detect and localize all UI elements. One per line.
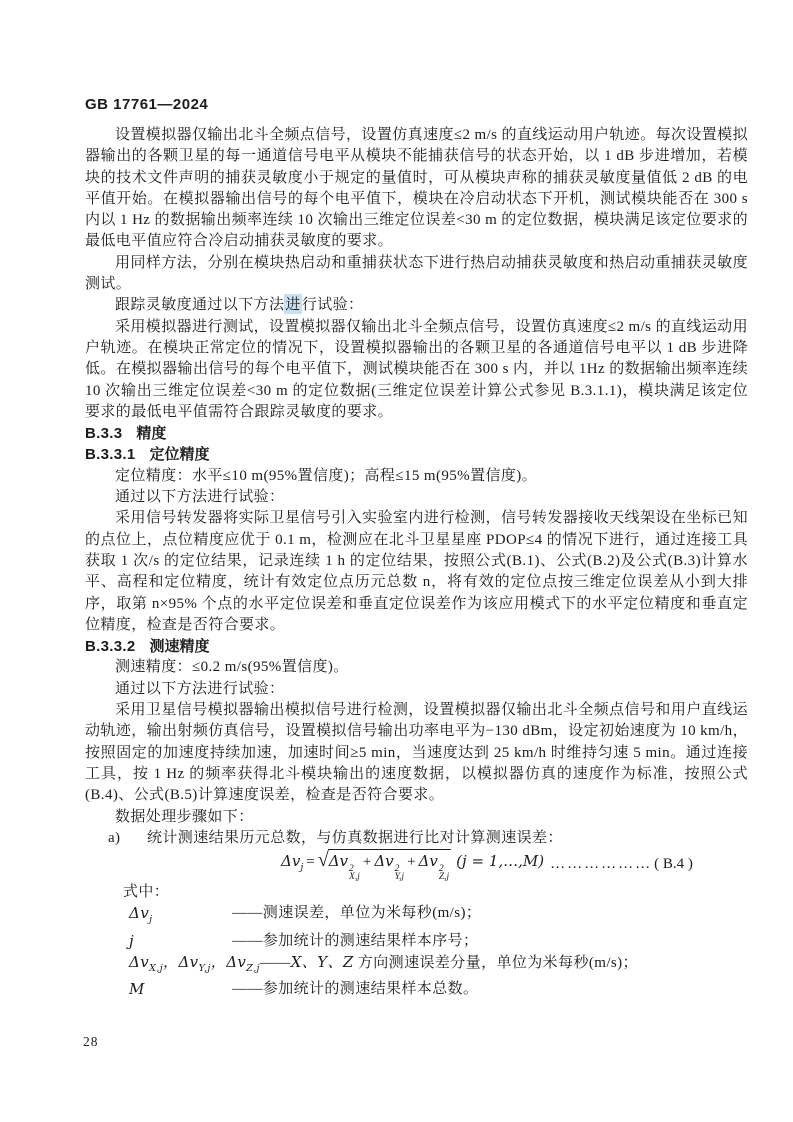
- symbol-definition: ——参加统计的测速结果样本总数。: [232, 979, 748, 1000]
- term-subscript: Z,j: [439, 873, 449, 881]
- section-title: 精度: [136, 425, 166, 442]
- paragraph-tracking-sensitivity-test: 采用模拟器进行测试，设置模拟器仅输出北斗全频点信号，设置仿真速度≤2 m/s 的…: [85, 317, 748, 423]
- paragraph-positioning-method-lead: 通过以下方法进行试验：: [85, 487, 748, 508]
- standard-number-header: GB 17761—2024: [85, 97, 748, 113]
- formula-lhs: Δv: [281, 852, 300, 870]
- text-run: ——: [260, 955, 291, 971]
- symbol-definition: ——参加统计的测速结果样本序号；: [232, 931, 748, 952]
- separator: ，: [163, 953, 178, 971]
- term-supsub: 2X,j: [349, 865, 360, 881]
- symbol-base: Δv: [129, 904, 149, 922]
- symbol-subscript: j: [149, 914, 152, 925]
- math-text: X、Y、Z: [291, 953, 354, 971]
- section-title: 定位精度: [149, 446, 209, 463]
- formula-condition: (j = 1,…,M): [456, 852, 544, 870]
- term-subscript: Y,j: [395, 873, 404, 881]
- list-item-text: 统计测速结果历元总数，与仿真数据进行比对计算测速误差：: [147, 828, 748, 849]
- document-page: GB 17761—2024 设置模拟器仅输出北斗全频点信号，设置仿真速度≤2 m…: [0, 0, 793, 1122]
- plus-sign: +: [363, 854, 371, 870]
- page-number: 28: [83, 1031, 99, 1052]
- symbol-definition: ——测速误差，单位为米每秒(m/s)；: [232, 903, 748, 930]
- section-title: 测速精度: [149, 638, 209, 655]
- paragraph-velocity-method-detail: 采用卫星信号模拟器输出模拟信号进行检测，设置模拟器仅输出北斗全频点信号和用户直线…: [85, 700, 748, 806]
- symbol: j: [129, 931, 232, 952]
- symbol-base: Δv: [178, 953, 198, 971]
- section-number: B.3.3.1: [85, 446, 135, 463]
- term-supsub: 2Y,j: [395, 865, 404, 881]
- term-base: Δv: [419, 852, 438, 870]
- symbol-definition: ——X、Y、Z 方向测速误差分量，单位为米每秒(m/s)；: [260, 952, 748, 979]
- symbol-subscript: Y,j: [199, 963, 211, 974]
- paragraph-data-steps-lead: 数据处理步骤如下：: [85, 807, 748, 828]
- symbol-base: j: [129, 932, 134, 950]
- symbol-definition-row: M ——参加统计的测速结果样本总数。: [129, 979, 748, 1000]
- page-content: GB 17761—2024 设置模拟器仅输出北斗全频点信号，设置仿真速度≤2 m…: [85, 97, 748, 1001]
- symbol-base: M: [129, 980, 145, 998]
- paragraph-velocity-accuracy-spec: 测速精度：≤0.2 m/s(95%置信度)。: [85, 657, 748, 678]
- section-heading-b3331: B.3.3.1定位精度: [85, 444, 748, 465]
- symbol: M: [129, 979, 232, 1000]
- plus-sign: +: [407, 854, 415, 870]
- dot-leader: ………………: [550, 854, 652, 875]
- text-run: 方向测速误差分量，单位为米每秒(m/s)；: [354, 955, 638, 971]
- paragraph-tracking-sensitivity-lead: 跟踪灵敏度通过以下方法进行试验：: [85, 295, 748, 316]
- symbol-subscript: Z,j: [246, 963, 260, 974]
- term-supsub: 2Z,j: [439, 865, 449, 881]
- paragraph-same-method-hot-start: 用同样方法，分别在模块热启动和重捕获状态下进行热启动捕获灵敏度和热启动重捕获灵敏…: [85, 253, 748, 296]
- formula-b4: Δvj=√Δv2X,j+Δv2Y,j+Δv2Z,j(j = 1,…,M) …………: [85, 852, 748, 878]
- where-label: 式中：: [123, 882, 748, 903]
- term-base: Δv: [374, 852, 393, 870]
- section-heading-b3332: B.3.3.2测速精度: [85, 636, 748, 657]
- paragraph-positioning-method-detail: 采用信号转发器将实际卫星信号引入实验室内进行检测，信号转发器接收天线架设在坐标已…: [85, 508, 748, 636]
- separator: ，: [211, 953, 226, 971]
- symbol: Δvj: [129, 903, 232, 930]
- term-subscript: X,j: [349, 873, 360, 881]
- equals-sign: =: [306, 854, 314, 870]
- formula-lhs-subscript: j: [300, 862, 303, 873]
- symbol: ΔvX,j，ΔvY,j，ΔvZ,j: [129, 952, 260, 979]
- formula-number: ( B.4 ): [654, 854, 693, 875]
- list-item-a: a) 统计测速结果历元总数，与仿真数据进行比对计算测速误差：: [85, 828, 748, 849]
- text-run: 跟踪灵敏度通过以下方法: [115, 297, 284, 313]
- symbol-definition-row: Δvj ——测速误差，单位为米每秒(m/s)；: [129, 903, 748, 930]
- list-item-label: a): [108, 828, 147, 849]
- symbol-definition-row: j ——参加统计的测速结果样本序号；: [129, 931, 748, 952]
- symbol-base: Δv: [129, 953, 149, 971]
- section-number: B.3.3.2: [85, 638, 135, 655]
- symbol-subscript: X,j: [149, 963, 163, 974]
- formula-math: Δvj=√Δv2X,j+Δv2Y,j+Δv2Z,j(j = 1,…,M): [281, 849, 544, 881]
- paragraph-cold-start-acquisition: 设置模拟器仅输出北斗全频点信号，设置仿真速度≤2 m/s 的直线运动用户轨迹。每…: [85, 125, 748, 253]
- symbol-definition-row: ΔvX,j，ΔvY,j，ΔvZ,j ——X、Y、Z 方向测速误差分量，单位为米每…: [129, 952, 748, 979]
- section-number: B.3.3: [85, 425, 122, 442]
- term-base: Δv: [329, 852, 348, 870]
- text-selection-highlight: 进: [284, 294, 301, 314]
- paragraph-velocity-method-lead: 通过以下方法进行试验：: [85, 679, 748, 700]
- radicand: Δv2X,j+Δv2Y,j+Δv2Z,j: [328, 849, 451, 881]
- symbol-base: Δv: [226, 953, 246, 971]
- section-heading-b333: B.3.3精度: [85, 423, 748, 444]
- paragraph-positioning-accuracy-spec: 定位精度：水平≤10 m(95%置信度)；高程≤15 m(95%置信度)。: [85, 466, 748, 487]
- text-run: 行试验：: [302, 297, 364, 313]
